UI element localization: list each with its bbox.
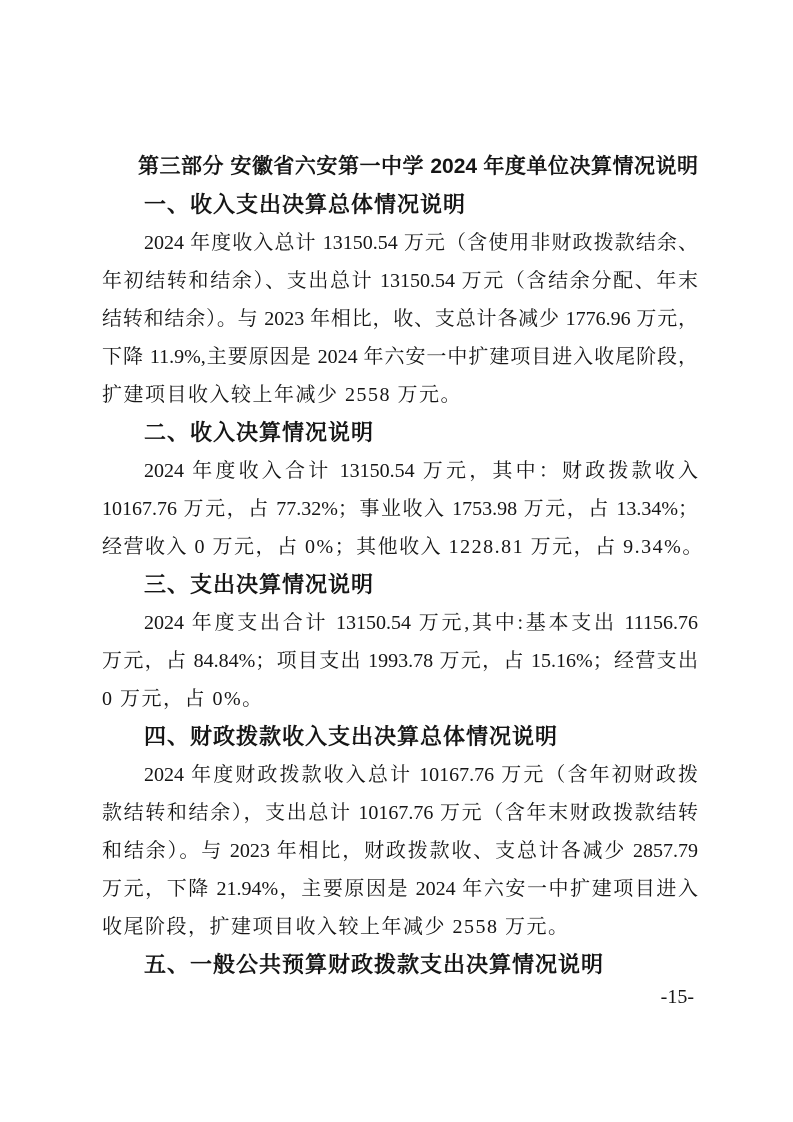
paragraph-2-line-2: 10167.76 万元，占 77.32%；事业收入 1753.98 万元，占 1… [102, 490, 698, 528]
paragraph-4-line-4: 万元，下降 21.94%，主要原因是 2024 年六安一中扩建项目进入 [102, 870, 698, 908]
paragraph-2-line-1: 2024 年度收入合计 13150.54 万元，其中：财政拨款收入 [102, 452, 698, 490]
part-title: 第三部分 安徽省六安第一中学 2024 年度单位决算情况说明 [102, 148, 698, 186]
section-heading-5: 五、一般公共预算财政拨款支出决算情况说明 [102, 946, 698, 984]
section-heading-2: 二、收入决算情况说明 [102, 414, 698, 452]
document-text-column: 第三部分 安徽省六安第一中学 2024 年度单位决算情况说明 一、收入支出决算总… [102, 148, 698, 984]
paragraph-3-line-3: 0 万元，占 0%。 [102, 680, 698, 718]
paragraph-3-line-1: 2024 年度支出合计 13150.54 万元,其中:基本支出 11156.76 [102, 604, 698, 642]
section-heading-3: 三、支出决算情况说明 [102, 566, 698, 604]
paragraph-4-line-3: 和结余）。与 2023 年相比，财政拨款收、支总计各减少 2857.79 [102, 832, 698, 870]
paragraph-1-line-4: 下降 11.9%,主要原因是 2024 年六安一中扩建项目进入收尾阶段， [102, 338, 698, 376]
paragraph-1-line-1: 2024 年度收入总计 13150.54 万元（含使用非财政拨款结余、 [102, 224, 698, 262]
paragraph-1-line-2: 年初结转和结余）、支出总计 13150.54 万元（含结余分配、年末 [102, 262, 698, 300]
paragraph-4-line-5: 收尾阶段，扩建项目收入较上年减少 2558 万元。 [102, 908, 698, 946]
paragraph-1-line-5: 扩建项目收入较上年减少 2558 万元。 [102, 376, 698, 414]
paragraph-4-line-1: 2024 年度财政拨款收入总计 10167.76 万元（含年初财政拨 [102, 756, 698, 794]
page-number: -15- [102, 986, 694, 1009]
paragraph-3-line-2: 万元，占 84.84%；项目支出 1993.78 万元，占 15.16%；经营支… [102, 642, 698, 680]
paragraph-2-line-3: 经营收入 0 万元，占 0%；其他收入 1228.81 万元，占 9.34%。 [102, 528, 698, 566]
paragraph-1-line-3: 结转和结余）。与 2023 年相比，收、支总计各减少 1776.96 万元， [102, 300, 698, 338]
section-heading-4: 四、财政拨款收入支出决算总体情况说明 [102, 718, 698, 756]
section-heading-1: 一、收入支出决算总体情况说明 [102, 186, 698, 224]
document-page: 第三部分 安徽省六安第一中学 2024 年度单位决算情况说明 一、收入支出决算总… [0, 0, 793, 1122]
paragraph-4-line-2: 款结转和结余），支出总计 10167.76 万元（含年末财政拨款结转 [102, 794, 698, 832]
